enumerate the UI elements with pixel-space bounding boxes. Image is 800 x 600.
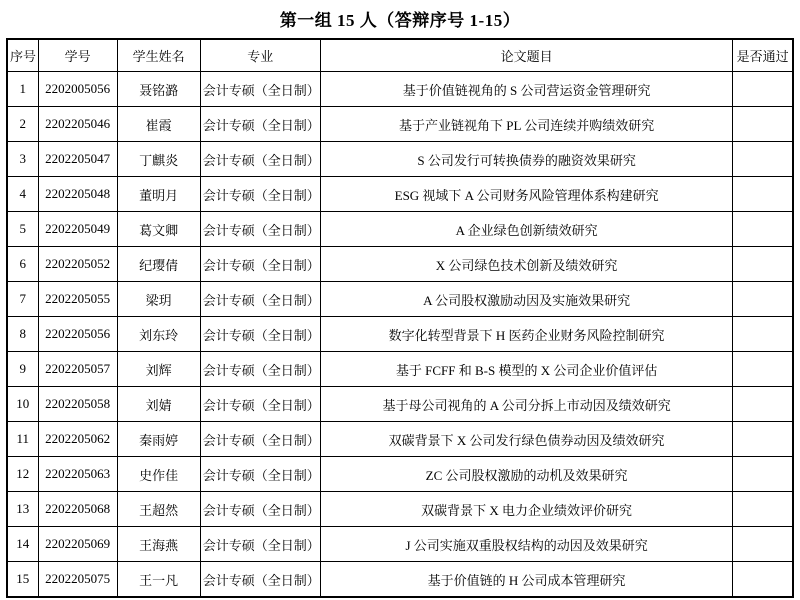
cell-name: 刘婧 [117,387,200,422]
cell-name: 刘东玲 [117,317,200,352]
cell-no: 13 [7,492,38,527]
cell-major: 会计专硕（全日制） [200,387,320,422]
table-row: 72202205055梁玥会计专硕（全日制）A 公司股权激励动因及实施效果研究 [7,282,793,317]
cell-major: 会计专硕（全日制） [200,492,320,527]
cell-id: 2202205048 [38,177,117,212]
cell-thesis: 基于产业链视角下 PL 公司连续并购绩效研究 [320,107,733,142]
cell-thesis: 基于价值链视角的 S 公司营运资金管理研究 [320,72,733,107]
cell-pass [733,247,793,282]
cell-pass [733,387,793,422]
column-header-major: 专业 [200,39,320,72]
cell-major: 会计专硕（全日制） [200,177,320,212]
cell-id: 2202205057 [38,352,117,387]
cell-thesis: S 公司发行可转换债券的融资效果研究 [320,142,733,177]
cell-id: 2202205055 [38,282,117,317]
cell-name: 葛文卿 [117,212,200,247]
cell-pass [733,72,793,107]
cell-major: 会计专硕（全日制） [200,282,320,317]
cell-thesis: ESG 视域下 A 公司财务风险管理体系构建研究 [320,177,733,212]
cell-name: 丁麒炎 [117,142,200,177]
cell-major: 会计专硕（全日制） [200,527,320,562]
cell-pass [733,352,793,387]
table-row: 102202205058刘婧会计专硕（全日制）基于母公司视角的 A 公司分拆上市… [7,387,793,422]
cell-major: 会计专硕（全日制） [200,72,320,107]
document-page: 第一组 15 人（答辩序号 1-15） 序号学号学生姓名专业论文题目是否通过 1… [0,0,800,598]
cell-id: 2202205069 [38,527,117,562]
cell-name: 王超然 [117,492,200,527]
cell-thesis: 双碳背景下 X 公司发行绿色债券动因及绩效研究 [320,422,733,457]
cell-no: 11 [7,422,38,457]
cell-name: 梁玥 [117,282,200,317]
cell-major: 会计专硕（全日制） [200,352,320,387]
cell-name: 聂铭潞 [117,72,200,107]
cell-thesis: 基于价值链的 H 公司成本管理研究 [320,562,733,598]
cell-id: 2202205049 [38,212,117,247]
cell-id: 2202205047 [38,142,117,177]
column-header-id: 学号 [38,39,117,72]
cell-pass [733,142,793,177]
cell-pass [733,212,793,247]
cell-no: 2 [7,107,38,142]
column-header-thesis: 论文题目 [320,39,733,72]
cell-no: 7 [7,282,38,317]
cell-name: 刘辉 [117,352,200,387]
cell-no: 4 [7,177,38,212]
header-row: 序号学号学生姓名专业论文题目是否通过 [7,39,793,72]
cell-pass [733,457,793,492]
cell-major: 会计专硕（全日制） [200,142,320,177]
cell-no: 3 [7,142,38,177]
cell-id: 2202205056 [38,317,117,352]
cell-pass [733,177,793,212]
cell-pass [733,282,793,317]
cell-major: 会计专硕（全日制） [200,247,320,282]
cell-no: 5 [7,212,38,247]
table-body: 12202005056聂铭潞会计专硕（全日制）基于价值链视角的 S 公司营运资金… [7,72,793,598]
cell-name: 秦雨婷 [117,422,200,457]
table-row: 152202205075王一凡会计专硕（全日制）基于价值链的 H 公司成本管理研… [7,562,793,598]
table-row: 52202205049葛文卿会计专硕（全日制）A 企业绿色创新绩效研究 [7,212,793,247]
cell-no: 8 [7,317,38,352]
cell-name: 纪璎倩 [117,247,200,282]
table-row: 62202205052纪璎倩会计专硕（全日制）X 公司绿色技术创新及绩效研究 [7,247,793,282]
cell-pass [733,107,793,142]
defense-schedule-table: 序号学号学生姓名专业论文题目是否通过 12202005056聂铭潞会计专硕（全日… [6,38,794,598]
page-title: 第一组 15 人（答辩序号 1-15） [0,0,800,31]
table-row: 82202205056刘东玲会计专硕（全日制）数字化转型背景下 H 医药企业财务… [7,317,793,352]
cell-name: 史作佳 [117,457,200,492]
cell-pass [733,317,793,352]
cell-name: 王海燕 [117,527,200,562]
cell-thesis: 基于 FCFF 和 B-S 模型的 X 公司企业价值评估 [320,352,733,387]
cell-no: 6 [7,247,38,282]
cell-pass [733,562,793,598]
cell-thesis: 双碳背景下 X 电力企业绩效评价研究 [320,492,733,527]
table-row: 142202205069王海燕会计专硕（全日制）J 公司实施双重股权结构的动因及… [7,527,793,562]
cell-thesis: A 公司股权激励动因及实施效果研究 [320,282,733,317]
column-header-no: 序号 [7,39,38,72]
cell-pass [733,527,793,562]
cell-major: 会计专硕（全日制） [200,317,320,352]
cell-no: 9 [7,352,38,387]
cell-id: 2202205063 [38,457,117,492]
column-header-name: 学生姓名 [117,39,200,72]
cell-thesis: 数字化转型背景下 H 医药企业财务风险控制研究 [320,317,733,352]
cell-no: 10 [7,387,38,422]
cell-major: 会计专硕（全日制） [200,562,320,598]
cell-id: 2202205068 [38,492,117,527]
cell-no: 1 [7,72,38,107]
cell-id: 2202205058 [38,387,117,422]
cell-id: 2202205052 [38,247,117,282]
cell-thesis: X 公司绿色技术创新及绩效研究 [320,247,733,282]
table-row: 132202205068王超然会计专硕（全日制）双碳背景下 X 电力企业绩效评价… [7,492,793,527]
table-row: 122202205063史作佳会计专硕（全日制）ZC 公司股权激励的动机及效果研… [7,457,793,492]
cell-no: 12 [7,457,38,492]
table-row: 92202205057刘辉会计专硕（全日制）基于 FCFF 和 B-S 模型的 … [7,352,793,387]
cell-major: 会计专硕（全日制） [200,212,320,247]
cell-pass [733,422,793,457]
cell-id: 2202205075 [38,562,117,598]
cell-name: 崔霞 [117,107,200,142]
cell-thesis: J 公司实施双重股权结构的动因及效果研究 [320,527,733,562]
cell-id: 2202005056 [38,72,117,107]
table-row: 42202205048董明月会计专硕（全日制）ESG 视域下 A 公司财务风险管… [7,177,793,212]
cell-major: 会计专硕（全日制） [200,422,320,457]
cell-id: 2202205046 [38,107,117,142]
cell-thesis: ZC 公司股权激励的动机及效果研究 [320,457,733,492]
cell-no: 14 [7,527,38,562]
cell-major: 会计专硕（全日制） [200,107,320,142]
table-row: 22202205046崔霞会计专硕（全日制）基于产业链视角下 PL 公司连续并购… [7,107,793,142]
cell-name: 董明月 [117,177,200,212]
cell-name: 王一凡 [117,562,200,598]
table-row: 32202205047丁麒炎会计专硕（全日制）S 公司发行可转换债券的融资效果研… [7,142,793,177]
cell-thesis: 基于母公司视角的 A 公司分拆上市动因及绩效研究 [320,387,733,422]
table-row: 112202205062秦雨婷会计专硕（全日制）双碳背景下 X 公司发行绿色债券… [7,422,793,457]
cell-pass [733,492,793,527]
table-row: 12202005056聂铭潞会计专硕（全日制）基于价值链视角的 S 公司营运资金… [7,72,793,107]
cell-no: 15 [7,562,38,598]
cell-thesis: A 企业绿色创新绩效研究 [320,212,733,247]
column-header-pass: 是否通过 [733,39,793,72]
cell-id: 2202205062 [38,422,117,457]
cell-major: 会计专硕（全日制） [200,457,320,492]
